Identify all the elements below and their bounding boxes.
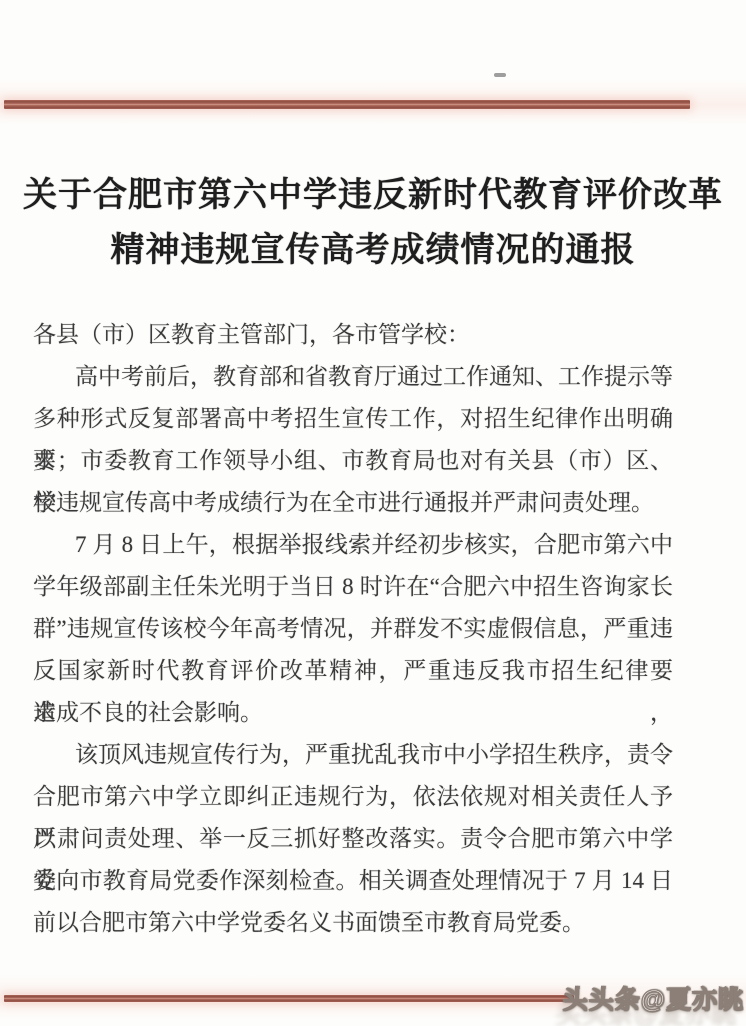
text-line: 反国家新时代教育评价改革精神，严重违反我市招生纪律要求， bbox=[33, 650, 673, 692]
document-body: 各县（市）区教育主管部门，各市管学校： 高中考前后，教育部和省教育厅通过工作通知… bbox=[33, 314, 673, 944]
text-line: 高中考前后，教育部和省教育厅通过工作通知、工作提示等 bbox=[33, 356, 673, 398]
text-line: 委向市教育局党委作深刻检查。相关调查处理情况于 7 月 14 日 bbox=[33, 860, 673, 902]
watermark-text: 头头条@夏亦眺 bbox=[563, 986, 744, 1014]
scanned-notice-page: 关于合肥市第六中学违反新时代教育评价改革 精神违规宣传高考成绩情况的通报 各县（… bbox=[0, 0, 746, 1026]
text-line: 学年级部副主任朱光明于当日 8 时许在“合肥六中招生咨询家长 bbox=[33, 566, 673, 608]
text-line: 群”违规宣传该校今年高考情况，并群发不实虚假信息，严重违 bbox=[33, 608, 673, 650]
watermark: 头头条@夏亦眺 头头条@夏亦眺 bbox=[563, 980, 744, 1016]
text-line: 前以合肥市第六中学党委名义书面馈至市教育局党委。 bbox=[33, 902, 673, 944]
paragraph: 高中考前后，教育部和省教育厅通过工作通知、工作提示等多种形式反复部署高中考招生宣… bbox=[33, 356, 673, 524]
bottom-divider-rule bbox=[4, 995, 574, 1002]
document-title-line-1: 关于合肥市第六中学违反新时代教育评价改革 bbox=[18, 168, 728, 223]
scan-artifact-dash bbox=[494, 73, 506, 77]
text-line: 严肃问责处理、举一反三抓好整改落实。责令合肥市第六中学党 bbox=[33, 818, 673, 860]
text-line: 该顶风违规宣传行为，严重扰乱我市中小学招生秩序，责令 bbox=[33, 734, 673, 776]
paragraph: 7 月 8 日上午，根据举报线索并经初步核实，合肥市第六中学年级部副主任朱光明于… bbox=[33, 524, 673, 734]
paragraphs-container: 高中考前后，教育部和省教育厅通过工作通知、工作提示等多种形式反复部署高中考招生宣… bbox=[33, 356, 673, 944]
document-title: 关于合肥市第六中学违反新时代教育评价改革 精神违规宣传高考成绩情况的通报 bbox=[18, 168, 728, 278]
text-line: 合肥市第六中学立即纠正违规行为，依法依规对相关责任人予以 bbox=[33, 776, 673, 818]
text-line: 求；市委教育工作领导小组、市教育局也对有关县（市）区、学 bbox=[33, 440, 673, 482]
document-title-line-2: 精神违规宣传高考成绩情况的通报 bbox=[18, 223, 728, 278]
salutation-line: 各县（市）区教育主管部门，各市管学校： bbox=[33, 314, 673, 356]
text-line: 7 月 8 日上午，根据举报线索并经初步核实，合肥市第六中 bbox=[33, 524, 673, 566]
top-divider-rule bbox=[4, 100, 690, 109]
text-line: 多种形式反复部署高中考招生宣传工作，对招生纪律作出明确要 bbox=[33, 398, 673, 440]
paragraph: 该顶风违规宣传行为，严重扰乱我市中小学招生秩序，责令合肥市第六中学立即纠正违规行… bbox=[33, 734, 673, 944]
text-line: 校违规宣传高中考成绩行为在全市进行通报并严肃问责处理。 bbox=[33, 482, 673, 524]
